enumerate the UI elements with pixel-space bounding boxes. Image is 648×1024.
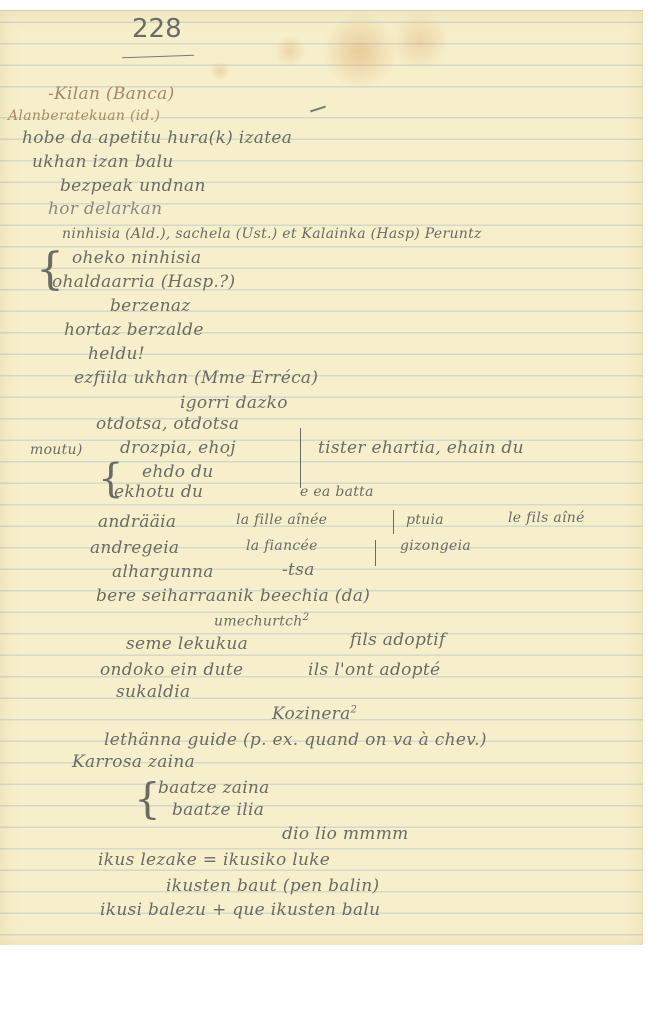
manuscript-page	[0, 10, 643, 945]
text-line: ehdo du	[142, 462, 213, 482]
text-line: dio lio mmmm	[282, 824, 409, 844]
text-line: la fille aînée	[236, 512, 327, 528]
text-line: alhargunna	[112, 562, 214, 582]
text-line: andrääia	[98, 512, 176, 532]
text-line: -tsa	[282, 560, 315, 580]
text-line: hobe da apetitu hura(k) izatea	[22, 128, 292, 148]
text-line: andregeia	[90, 538, 179, 558]
text-line: umechurtch2	[214, 612, 309, 630]
text-line: la fiancée	[246, 538, 318, 554]
brace: {	[134, 774, 161, 823]
superscript: 2	[351, 704, 358, 715]
text-line: ptuia	[406, 512, 444, 528]
divider-stroke	[393, 510, 394, 534]
text-line: ikus lezake = ikusiko luke	[98, 850, 330, 870]
text-line: Kozinera2	[272, 704, 357, 724]
text-line: heldu!	[88, 344, 145, 364]
text-line: -Kilan (Banca)	[48, 84, 175, 104]
text-line: drozpia, ehoj	[120, 438, 236, 458]
text-line: tister ehartia, ehain du	[318, 438, 524, 458]
text-line: berzenaz	[110, 296, 191, 316]
text-line: ikusi balezu + que ikusten balu	[100, 900, 380, 920]
text-line: le fils aîné	[508, 510, 585, 526]
text-line: hor delarkan	[48, 199, 162, 219]
text-line: otdotsa, otdotsa	[96, 414, 239, 434]
text-line: hortaz berzalde	[64, 320, 204, 340]
text-line: ohaldaarria (Hasp.?)	[52, 272, 236, 292]
text-line: baatze zaina	[158, 778, 270, 798]
text-line: Karrosa zaina	[72, 752, 195, 772]
text-line: fils adoptif	[350, 630, 446, 650]
text-line: gizongeia	[400, 538, 471, 554]
text-line: sukaldia	[116, 682, 190, 702]
text-line: seme lekukua	[126, 634, 248, 654]
word: Kozinera	[272, 704, 351, 724]
text-line: igorri dazko	[180, 393, 288, 413]
word: umechurtch	[214, 614, 303, 630]
text-line: ils l'ont adopté	[308, 660, 440, 680]
text-line: bezpeak undnan	[60, 176, 206, 196]
text-line: lethänna guide (p. ex. quand on va à che…	[104, 730, 487, 750]
text-line: oheko ninhisia	[72, 248, 201, 268]
text-line: ikusten baut (pen balin)	[166, 876, 379, 896]
superscript: 2	[303, 612, 310, 623]
page-number: 228	[132, 14, 182, 44]
text-line: baatze ilia	[172, 800, 264, 820]
text-line: ninhisia (Ald.), sachela (Ust.) et Kalai…	[62, 226, 482, 242]
divider-stroke	[375, 540, 376, 566]
margin-annotation: moutu)	[30, 442, 83, 458]
text-line: e ea batta	[300, 484, 374, 500]
text-line: ondoko ein dute	[100, 660, 243, 680]
margin-annotation: Alanberatekuan (id.)	[8, 108, 160, 124]
text-line: ukhan izan balu	[32, 152, 173, 172]
text-line: ezfiila ukhan (Mme Erréca)	[74, 368, 318, 388]
text-line: ekhotu du	[114, 482, 203, 502]
text-line: bere seiharraanik beechia (da)	[96, 586, 370, 606]
divider-stroke	[300, 428, 301, 488]
